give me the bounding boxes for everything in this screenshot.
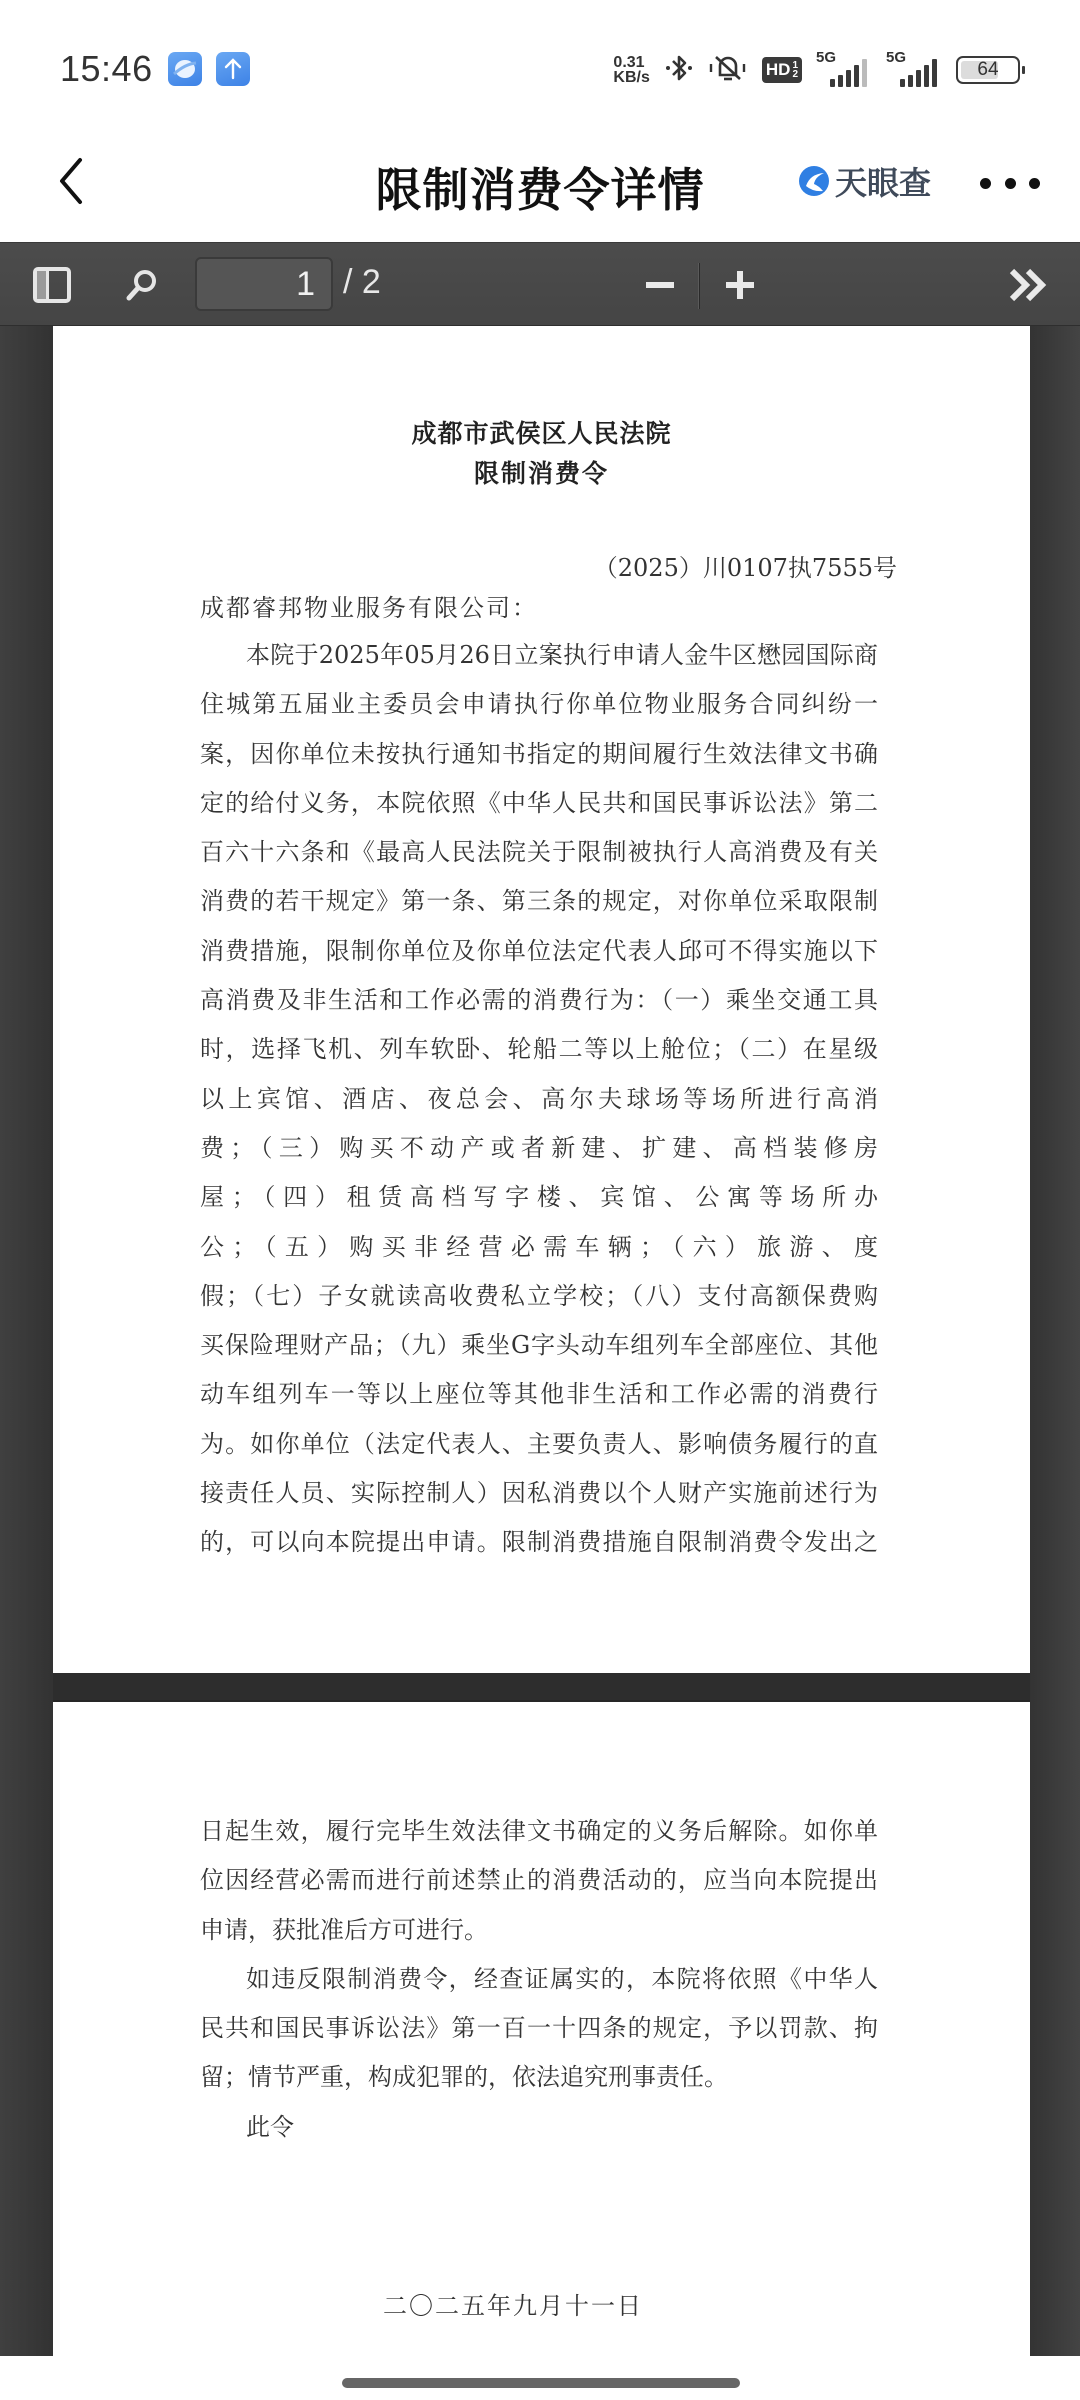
brand-name: 天眼查 [835, 158, 931, 204]
text-line: 的，可以向本院提出申请。限制消费措施自限制消费令发出之 [200, 1518, 878, 1567]
network-speed: 0.31 KB/s [613, 55, 649, 85]
nav-bar: 限制消费令详情 天眼查 [0, 130, 1080, 242]
case-number: （2025）川0107执7555号 [594, 548, 897, 583]
text-line: 百六十六条和《最高人民法院关于限制被执行人高消费及有关 [200, 828, 878, 877]
page-separator [53, 1673, 1030, 1702]
text-line: 案，因你单位未按执行通知书指定的期间履行生效法律文书确 [200, 730, 878, 779]
hd-label: HD [766, 60, 791, 80]
court-name: 成都市武侯区人民法院 [53, 414, 1030, 450]
search-icon [122, 265, 162, 305]
more-dot-icon [980, 178, 991, 189]
double-chevron-right-icon [1008, 267, 1052, 303]
text-line: 消费措施，限制你单位及你单位法定代表人邱可不得实施以下 [200, 927, 878, 976]
tianyancha-logo: 天眼查 [797, 154, 931, 208]
text-line: 消费的若干规定》第一条、第三条的规定，对你单位采取限制 [200, 877, 878, 926]
text-line: 时，选择飞机、列车软卧、轮船二等以上舱位；（二）在星级 [200, 1025, 878, 1074]
text-line: 动车组列车一等以上座位等其他非生活和工作必需的消费行 [200, 1370, 878, 1419]
text-line: 屋；（四）租赁高档写字楼、宾馆、公寓等场所办 [200, 1173, 878, 1222]
pdf-page-2: 日起生效，履行完毕生效法律文书确定的义务后解除。如你单 位因经营必需而进行前述禁… [53, 1702, 1030, 2356]
text-line: 公；（五）购买非经营必需车辆；（六）旅游、度 [200, 1223, 878, 1272]
page2-body: 日起生效，履行完毕生效法律文书确定的义务后解除。如你单 位因经营必需而进行前述禁… [200, 1807, 878, 2152]
addressee: 成都睿邦物业服务有限公司： [200, 588, 538, 623]
text-line: 假；（七）子女就读高收费私立学校；（八）支付高额保费购 [200, 1272, 878, 1321]
text-line: 为。如你单位（法定代表人、主要负责人、影响债务履行的直 [200, 1420, 878, 1469]
page1-body: 本院于2025年05月26日立案执行申请人金牛区懋园国际商 住城第五届业主委员会… [200, 631, 878, 1568]
status-time: 15:46 [60, 48, 153, 90]
browser-icon [168, 52, 202, 86]
sidebar-toggle-icon [32, 266, 72, 304]
more-dot-icon [1029, 178, 1040, 189]
text-line: 本院于2025年05月26日立案执行申请人金牛区懋园国际商 [200, 631, 878, 680]
battery-level: 64 [977, 59, 998, 81]
plus-icon [724, 269, 756, 301]
net-speed-value: 0.31 [613, 55, 649, 70]
sim2-network-type: 5G [886, 49, 906, 66]
text-line: 留；情节严重，构成犯罪的，依法追究刑事责任。 [200, 2053, 878, 2102]
more-dot-icon [1005, 178, 1016, 189]
more-options-button[interactable] [980, 168, 1040, 198]
net-speed-unit: KB/s [613, 70, 649, 85]
search-button[interactable] [118, 243, 166, 327]
text-line: 此令 [200, 2103, 878, 2152]
text-line: 以上宾馆、酒店、夜总会、高尔夫球场等场所进行高消 [200, 1075, 878, 1124]
pdf-viewer[interactable]: 成都市武侯区人民法院 限制消费令 （2025）川0107执7555号 成都睿邦物… [0, 326, 1080, 2356]
text-line: 民共和国民事诉讼法》第一百一十四条的规定，予以罚款、拘 [200, 2004, 878, 2053]
hd-voice-badge: HD 12 [762, 57, 802, 83]
text-line: 申请，获批准后方可进行。 [200, 1906, 878, 1955]
pdf-page-1: 成都市武侯区人民法院 限制消费令 （2025）川0107执7555号 成都睿邦物… [53, 326, 1030, 1673]
document-title: 限制消费令 [53, 454, 1030, 490]
text-line: 日起生效，履行完毕生效法律文书确定的义务后解除。如你单 [200, 1807, 878, 1856]
text-line: 买保险理财产品；（九）乘坐G字头动车组列车全部座位、其他 [200, 1321, 878, 1370]
home-indicator[interactable] [342, 2378, 740, 2388]
text-line: 高消费及非生活和工作必需的消费行为：（一）乘坐交通工具 [200, 976, 878, 1025]
toolbar-divider [698, 263, 700, 309]
status-bar: 15:46 0.31 KB/s HD 12 5G 5G [0, 0, 1080, 130]
upload-icon [216, 52, 250, 86]
battery-icon: 64 [956, 56, 1020, 84]
text-line: 接责任人员、实际控制人）因私消费以个人财产实施前述行为 [200, 1469, 878, 1518]
pdf-toolbar: 1 / 2 [0, 242, 1080, 326]
zoom-in-button[interactable] [716, 243, 764, 327]
sim1-network-type: 5G [816, 49, 836, 66]
issue-date: 二〇二五年九月十一日 [53, 2286, 1030, 2321]
text-line: 定的给付义务，本院依照《中华人民共和国民事诉讼法》第二 [200, 779, 878, 828]
signal-sim1-icon: 5G [816, 53, 872, 87]
zoom-out-button[interactable] [636, 243, 684, 327]
sidebar-toggle-button[interactable] [28, 243, 76, 327]
minus-icon [644, 269, 676, 301]
text-line: 住城第五届业主委员会申请执行你单位物业服务合同纠纷一 [200, 680, 878, 729]
page-total: / 2 [343, 263, 381, 302]
gesture-bar-area [0, 2356, 1080, 2400]
secondary-toolbar-button[interactable] [1002, 243, 1058, 327]
bluetooth-icon [664, 51, 694, 89]
mute-vibrate-icon [708, 51, 748, 89]
page-number-input[interactable]: 1 [195, 257, 333, 311]
text-line: 费；（三）购买不动产或者新建、扩建、高档装修房 [200, 1124, 878, 1173]
hd-sim-numbers: 12 [792, 61, 798, 79]
tianyancha-logo-icon [797, 164, 831, 198]
text-line: 如违反限制消费令，经查证属实的，本院将依照《中华人 [200, 1955, 878, 2004]
text-line: 位因经营必需而进行前述禁止的消费活动的，应当向本院提出 [200, 1856, 878, 1905]
status-indicators: 0.31 KB/s HD 12 5G 5G [613, 50, 1020, 90]
signal-sim2-icon: 5G [886, 53, 942, 87]
